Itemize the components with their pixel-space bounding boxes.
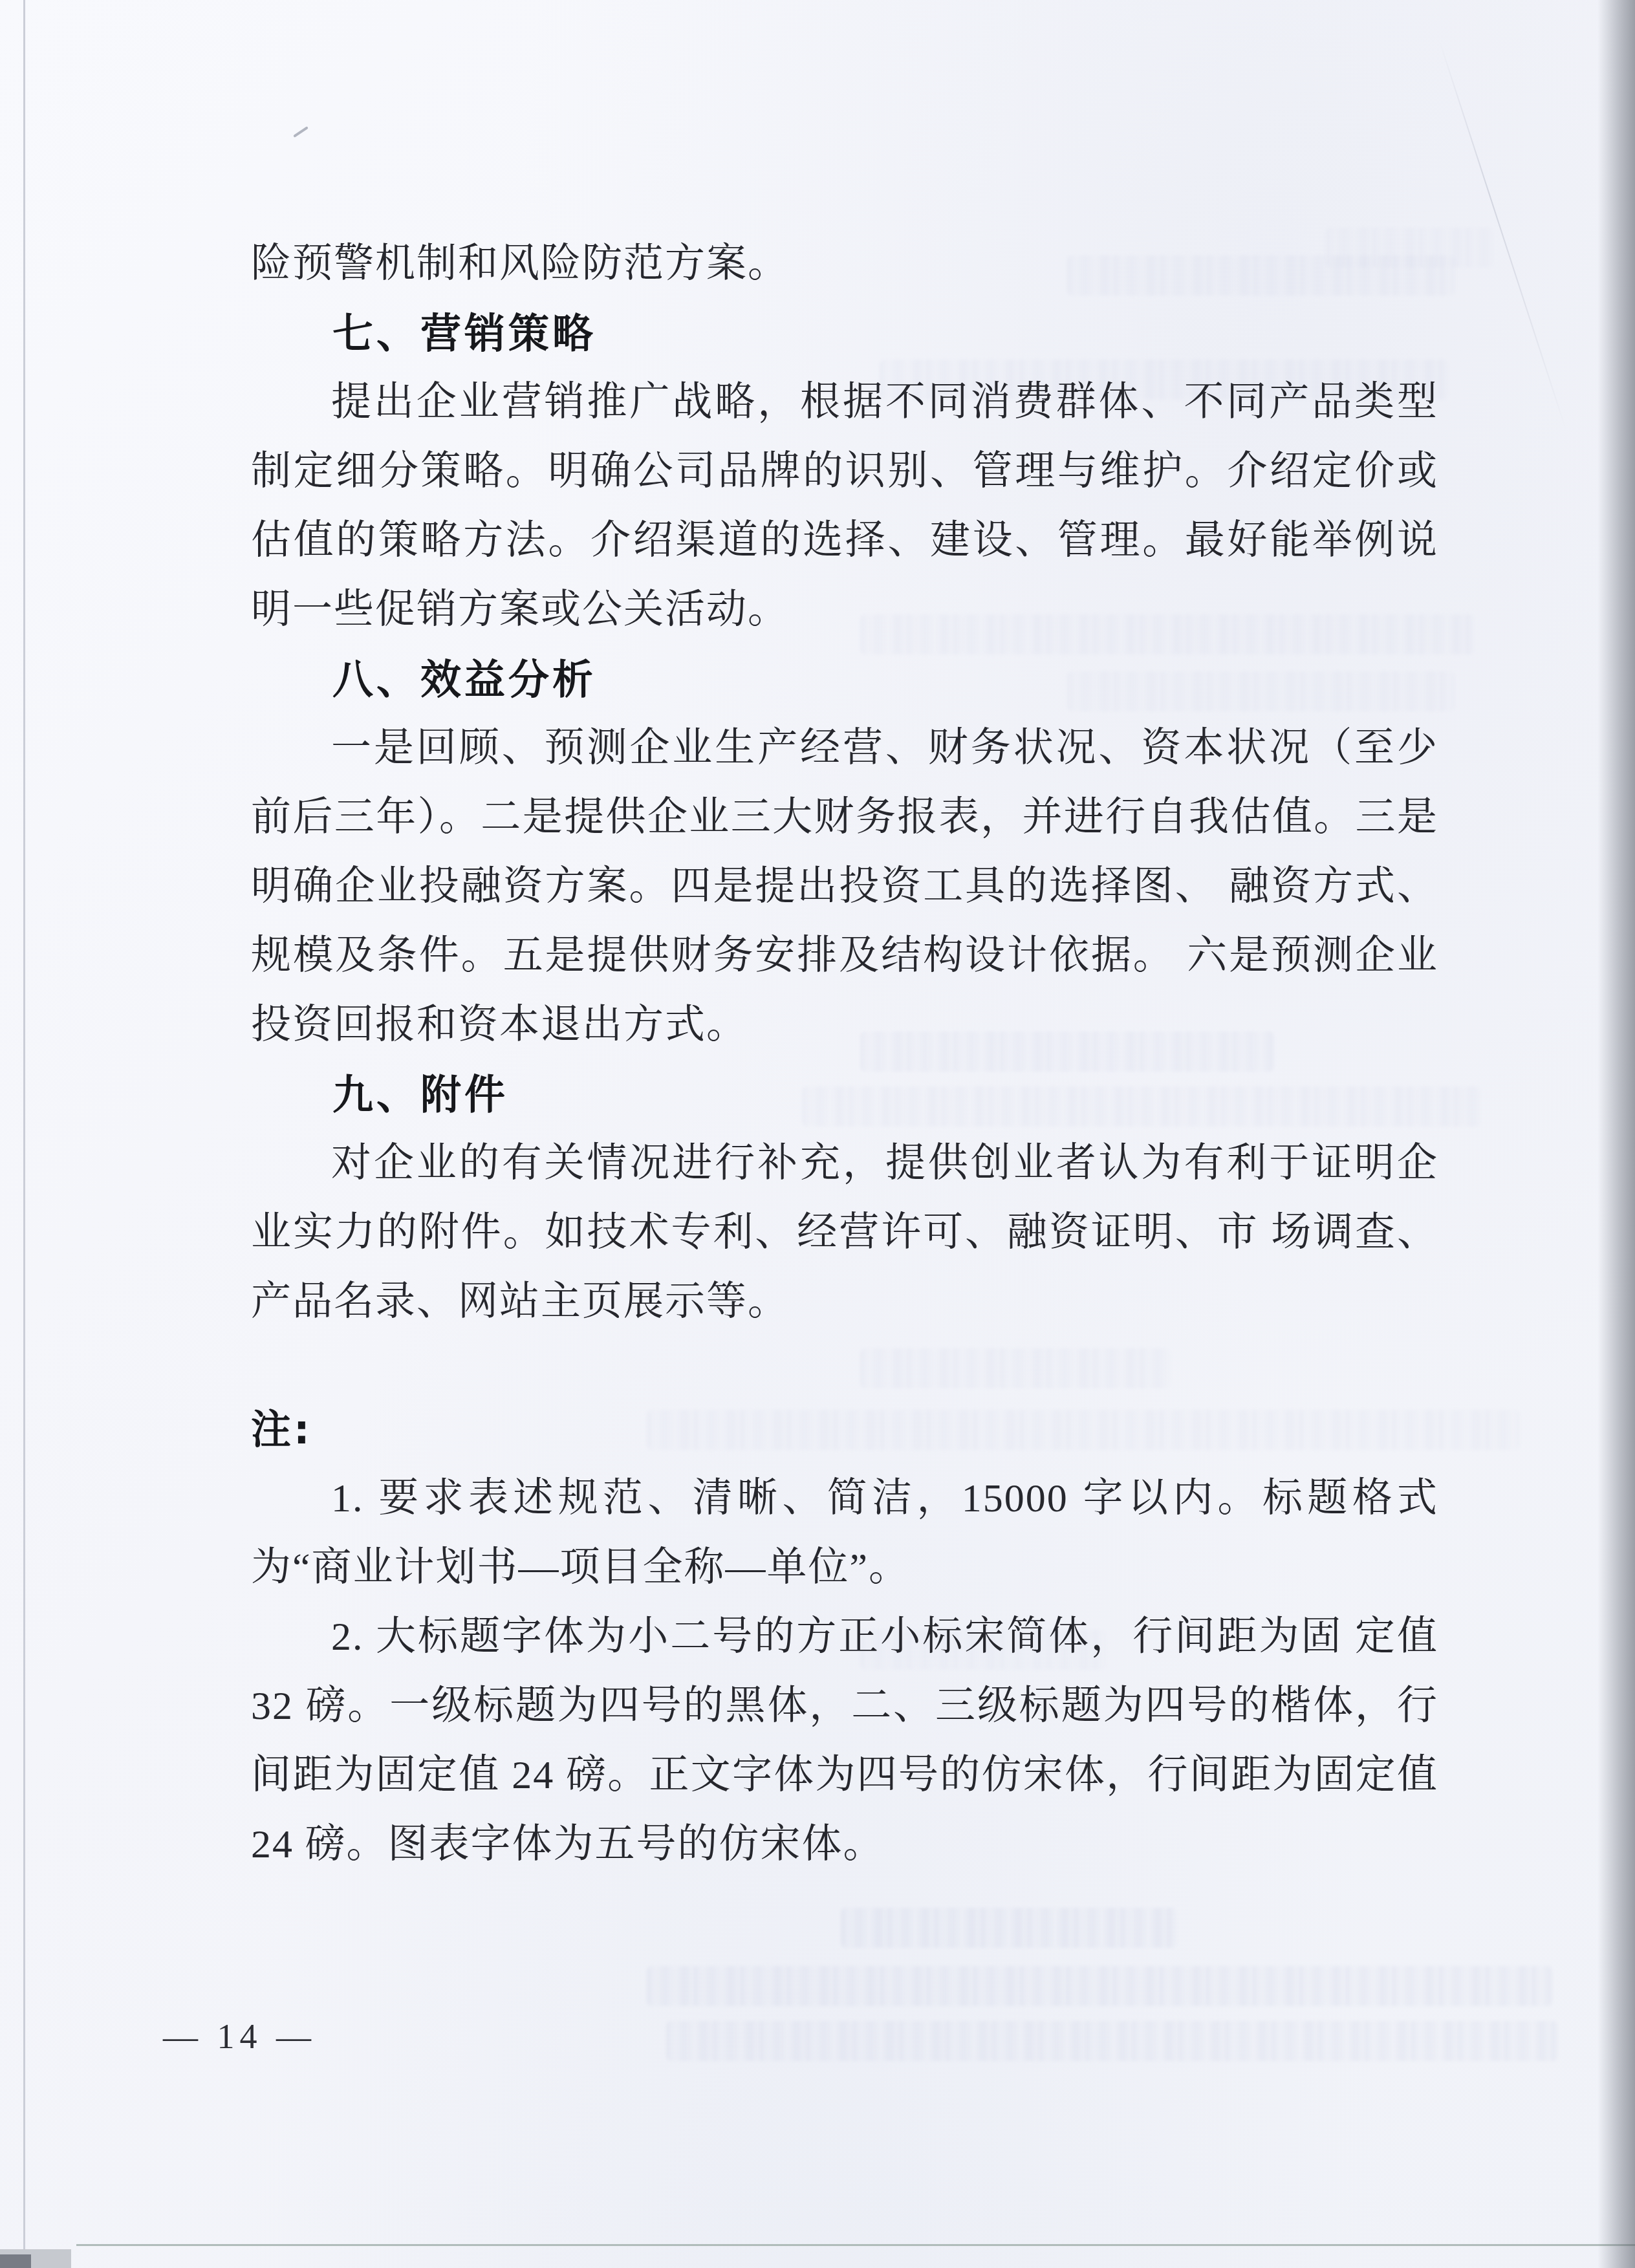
section-9-heading: 九、附件 [251,1060,1438,1129]
page-right-edge-shadow [1597,0,1635,2268]
pen-mark [293,126,309,138]
page-bottom-edge-line [76,2244,1635,2246]
section-8-heading: 八、效益分析 [251,645,1438,714]
note-item-1: 1. 要求表述规范、清晰、简洁，15000 字以内。标题格式为“商业计划书—项目… [251,1464,1438,1603]
page-left-edge-line [23,0,25,2268]
note-label: 注: [251,1395,1438,1464]
section-8-paragraph: 一是回顾、预测企业生产经营、财务状况、资本状况（至少前后三年）。二是提供企业三大… [251,714,1438,1060]
bleedthrough-ghost [841,1908,1177,1948]
section-9-paragraph: 对企业的有关情况进行补充，提供创业者认为有利于证明企业实力的附件。如技术专利、经… [251,1129,1438,1337]
section-7-heading: 七、营销策略 [251,299,1438,368]
notes-block: 注: 1. 要求表述规范、清晰、简洁，15000 字以内。标题格式为“商业计划书… [251,1395,1438,1879]
note-item-2: 2. 大标题字体为小二号的方正小标宋简体，行间距为固 定值 32 磅。一级标题为… [251,1603,1438,1879]
section-7-paragraph: 提出企业营销推广战略，根据不同消费群体、不同产品类型制定细分策略。明确公司品牌的… [251,368,1438,645]
page-content: 险预警机制和风险防范方案。 七、营销策略 提出企业营销推广战略，根据不同消费群体… [251,230,1438,1879]
bleedthrough-ghost [666,2021,1559,2061]
scanner-corner-mark-dark [0,2254,31,2268]
bleedthrough-ghost [647,1966,1552,2006]
page-number: — 14 — [163,2016,316,2057]
intro-paragraph-continuation: 险预警机制和风险防范方案。 [251,230,1438,299]
scanned-page: 险预警机制和风险防范方案。 七、营销策略 提出企业营销推广战略，根据不同消费群体… [0,0,1635,2268]
